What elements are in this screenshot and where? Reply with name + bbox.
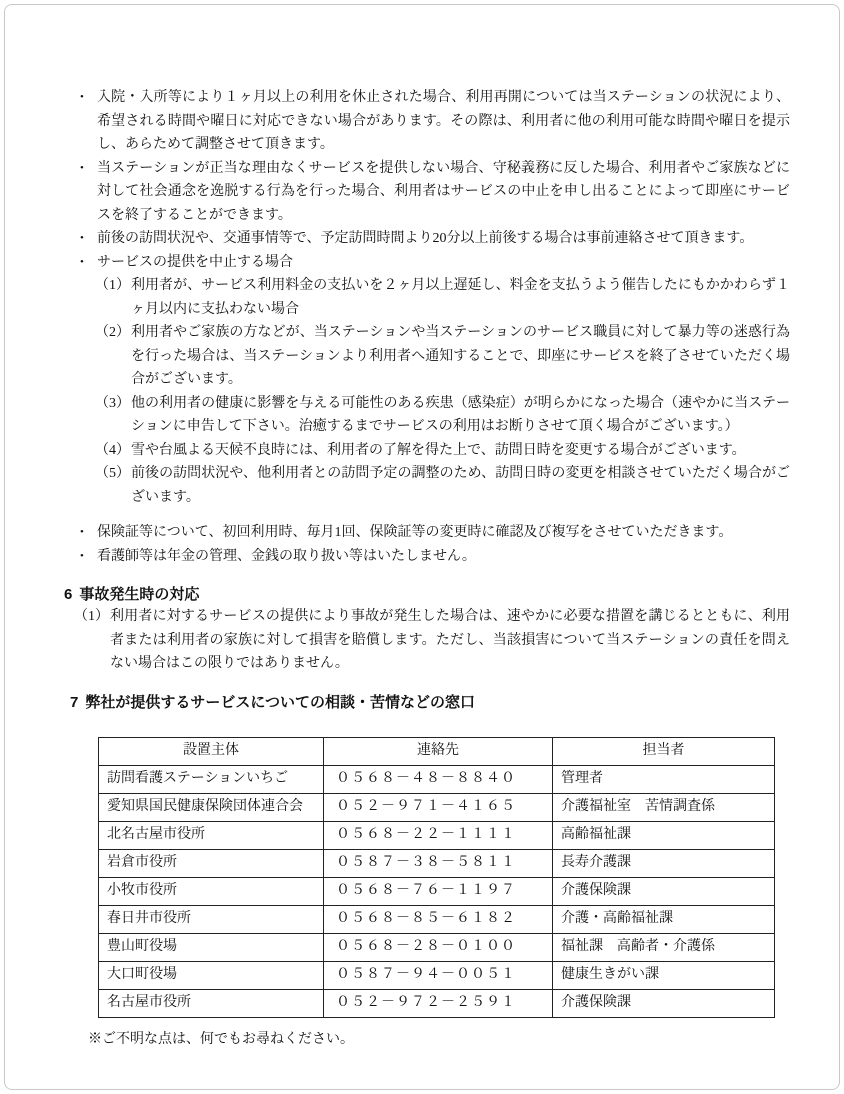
list-item-text: 当ステーションが正当な理由なくサービスを提供しない場合、守秘義務に反した場合、利…	[97, 157, 790, 228]
item-number: （5）	[95, 462, 131, 509]
second-bullet-group: • 保険証等について、初回利用時、毎月1回、保険証等の変更時に確認及び複写をさせ…	[64, 521, 790, 568]
numbered-item-text: 利用者に対するサービスの提供により事故が発生した場合は、速やかに必要な措置を講じ…	[110, 605, 790, 676]
phone-cell: ０５６８－８５－６１８２	[324, 905, 553, 933]
footnote: ※ご不明な点は、何でもお尋ねください。	[88, 1028, 790, 1052]
contact-table: 設置主体 連絡先 担当者 訪問看護ステーションいちご ０５６８－４８－８８４０ …	[98, 737, 775, 1018]
organization-cell: 豊山町役場	[99, 933, 324, 961]
organization-cell: 小牧市役所	[99, 877, 324, 905]
item-number: （3）	[95, 392, 131, 439]
bullet-icon: •	[80, 86, 97, 157]
numbered-item: （1） 利用者が、サービス利用料金の支払いを２ヶ月以上遅延し、料金を支払うよう催…	[95, 274, 790, 321]
column-header-organization: 設置主体	[99, 737, 324, 765]
bullet-icon: •	[80, 521, 97, 545]
person-cell: 介護福祉室 苦情調査係	[553, 793, 775, 821]
numbered-item-text: 雪や台風よる天候不良時には、利用者の了解を得た上で、訪問日時を変更する場合がござ…	[131, 439, 790, 463]
bullet-icon: •	[80, 157, 97, 228]
organization-cell: 北名古屋市役所	[99, 821, 324, 849]
document-page: { "notes": [ {"marker": "•", "text": "入院…	[0, 0, 844, 1094]
item-number: （4）	[95, 439, 131, 463]
list-item: • サービスの提供を中止する場合	[64, 251, 790, 275]
document-content: • 入院・入所等により１ヶ月以上の利用を休止された場合、利用再開については当ステ…	[0, 0, 844, 1051]
numbered-item-text: 他の利用者の健康に影響を与える可能性のある疾患（感染症）が明らかになった場合（速…	[131, 392, 790, 439]
table-row: 愛知県国民健康保険団体連合会 ０５２－９７１－４１６５ 介護福祉室 苦情調査係	[99, 793, 775, 821]
list-item-text: 前後の訪問状況や、交通事情等で、予定訪問時間より20分以上前後する場合は事前連絡…	[97, 227, 790, 251]
table-row: 春日井市役所 ０５６８－８５－６１８２ 介護・高齢福祉課	[99, 905, 775, 933]
list-item-text: サービスの提供を中止する場合	[97, 251, 790, 275]
list-item: • 入院・入所等により１ヶ月以上の利用を休止された場合、利用再開については当ステ…	[64, 86, 790, 157]
phone-cell: ０５８７－９４－００５１	[324, 961, 553, 989]
section-title: 弊社が提供するサービスについての相談・苦情などの窓口	[85, 694, 475, 711]
section-6-heading: 6事故発生時の対応	[64, 584, 790, 605]
organization-cell: 岩倉市役所	[99, 849, 324, 877]
numbered-item-text: 利用者やご家族の方などが、当ステーションや当ステーションのサービス職員に対して暴…	[131, 321, 790, 392]
table-header-row: 設置主体 連絡先 担当者	[99, 737, 775, 765]
person-cell: 健康生きがい課	[553, 961, 775, 989]
numbered-item-text: 利用者が、サービス利用料金の支払いを２ヶ月以上遅延し、料金を支払うよう催告したに…	[131, 274, 790, 321]
section-number: 7	[70, 694, 78, 711]
list-item-text: 保険証等について、初回利用時、毎月1回、保険証等の変更時に確認及び複写をさせてい…	[97, 521, 790, 545]
bullet-icon: •	[80, 251, 97, 275]
table-row: 豊山町役場 ０５６８－２８－０１００ 福祉課 高齢者・介護係	[99, 933, 775, 961]
list-item: • 看護師等は年金の管理、金銭の取り扱い等はいたしません。	[64, 545, 790, 569]
numbered-item: （4） 雪や台風よる天候不良時には、利用者の了解を得た上で、訪問日時を変更する場…	[95, 439, 790, 463]
item-number: （2）	[95, 321, 131, 392]
phone-cell: ０５６８－４８－８８４０	[324, 765, 553, 793]
person-cell: 高齢福祉課	[553, 821, 775, 849]
phone-cell: ０５２－９７１－４１６５	[324, 793, 553, 821]
phone-cell: ０５６８－７６－１１９７	[324, 877, 553, 905]
numbered-item: （1） 利用者に対するサービスの提供により事故が発生した場合は、速やかに必要な措…	[74, 605, 790, 676]
table-row: 岩倉市役所 ０５８７－３８－５８１１ 長寿介護課	[99, 849, 775, 877]
person-cell: 福祉課 高齢者・介護係	[553, 933, 775, 961]
person-cell: 介護保険課	[553, 989, 775, 1017]
numbered-item: （3） 他の利用者の健康に影響を与える可能性のある疾患（感染症）が明らかになった…	[95, 392, 790, 439]
organization-cell: 名古屋市役所	[99, 989, 324, 1017]
list-item-text: 看護師等は年金の管理、金銭の取り扱い等はいたしません。	[97, 545, 790, 569]
table-row: 名古屋市役所 ０５２－９７２－２５９１ 介護保険課	[99, 989, 775, 1017]
phone-cell: ０５６８－２８－０１００	[324, 933, 553, 961]
item-number: （1）	[74, 605, 110, 676]
phone-cell: ０５８７－３８－５８１１	[324, 849, 553, 877]
list-item: • 当ステーションが正当な理由なくサービスを提供しない場合、守秘義務に反した場合…	[64, 157, 790, 228]
section-title: 事故発生時の対応	[79, 586, 199, 603]
list-item-text: 入院・入所等により１ヶ月以上の利用を休止された場合、利用再開については当ステーシ…	[97, 86, 790, 157]
list-item: • 前後の訪問状況や、交通事情等で、予定訪問時間より20分以上前後する場合は事前…	[64, 227, 790, 251]
organization-cell: 訪問看護ステーションいちご	[99, 765, 324, 793]
numbered-item: （5） 前後の訪問状況や、他利用者との訪問予定の調整のため、訪問日時の変更を相談…	[95, 462, 790, 509]
organization-cell: 愛知県国民健康保険団体連合会	[99, 793, 324, 821]
table-row: 大口町役場 ０５８７－９４－００５１ 健康生きがい課	[99, 961, 775, 989]
person-cell: 介護・高齢福祉課	[553, 905, 775, 933]
bullet-icon: •	[80, 227, 97, 251]
person-cell: 管理者	[553, 765, 775, 793]
numbered-item: （2） 利用者やご家族の方などが、当ステーションや当ステーションのサービス職員に…	[95, 321, 790, 392]
section-number: 6	[64, 586, 72, 603]
phone-cell: ０５６８－２２－１１１１	[324, 821, 553, 849]
table-row: 訪問看護ステーションいちご ０５６８－４８－８８４０ 管理者	[99, 765, 775, 793]
table-row: 北名古屋市役所 ０５６８－２２－１１１１ 高齢福祉課	[99, 821, 775, 849]
list-item: • 保険証等について、初回利用時、毎月1回、保険証等の変更時に確認及び複写をさせ…	[64, 521, 790, 545]
numbered-item-text: 前後の訪問状況や、他利用者との訪問予定の調整のため、訪問日時の変更を相談させてい…	[131, 462, 790, 509]
table-row: 小牧市役所 ０５６８－７６－１１９７ 介護保険課	[99, 877, 775, 905]
organization-cell: 春日井市役所	[99, 905, 324, 933]
phone-cell: ０５２－９７２－２５９１	[324, 989, 553, 1017]
item-number: （1）	[95, 274, 131, 321]
person-cell: 介護保険課	[553, 877, 775, 905]
column-header-contact: 連絡先	[324, 737, 553, 765]
section-7-heading: 7弊社が提供するサービスについての相談・苦情などの窓口	[70, 692, 790, 713]
person-cell: 長寿介護課	[553, 849, 775, 877]
column-header-person: 担当者	[553, 737, 775, 765]
bullet-icon: •	[80, 545, 97, 569]
organization-cell: 大口町役場	[99, 961, 324, 989]
